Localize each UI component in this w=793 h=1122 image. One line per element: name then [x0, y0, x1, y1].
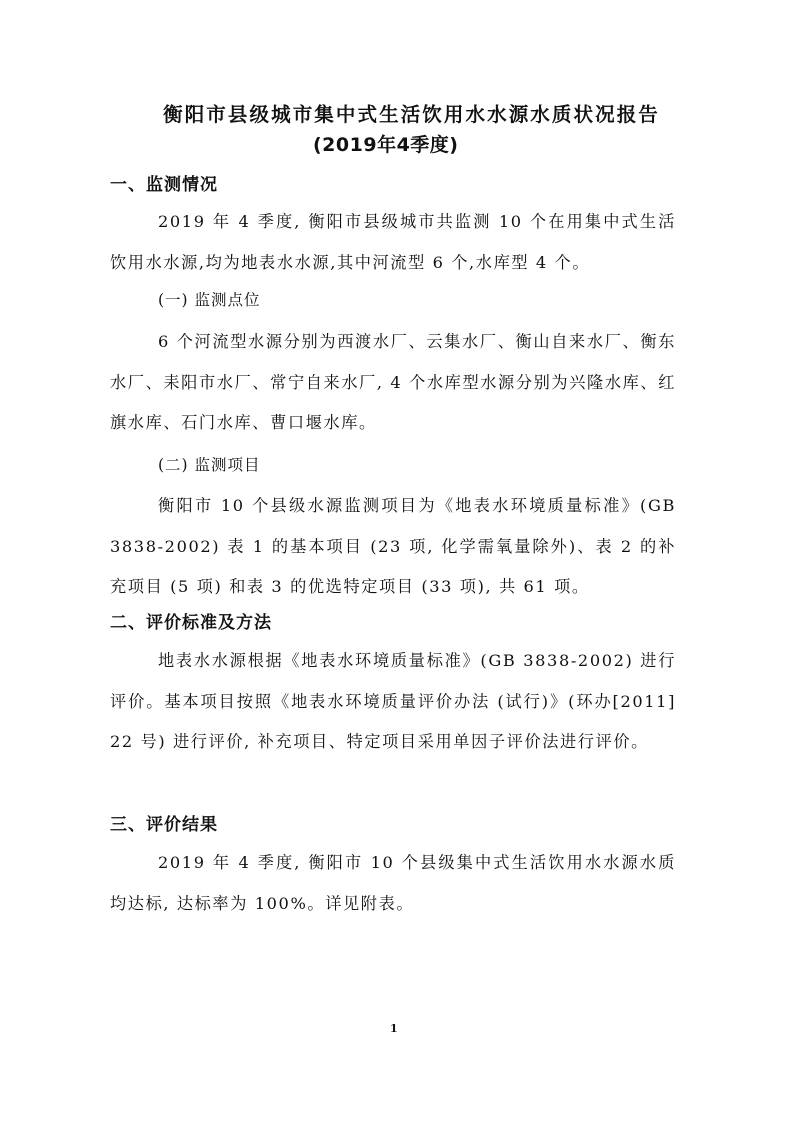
section-heading-monitoring: 一、监测情况 [110, 172, 218, 198]
subsection-heading-monitoring-sites: (一) 监测点位 [158, 287, 261, 313]
section-evaluation-results-text: 2019 年 4 季度, 衡阳市 10 个县级集中式生活饮用水水源水质均达标, … [110, 843, 676, 924]
section-heading-evaluation-standard: 二、评价标准及方法 [110, 610, 272, 636]
page-number: 1 [390, 1022, 398, 1035]
subsection-monitoring-sites-text: 6 个河流型水源分别为西渡水厂、云集水厂、衡山自来水厂、衡东水厂、耒阳市水厂、常… [110, 322, 676, 444]
section-evaluation-standard-text: 地表水水源根据《地表水环境质量标准》(GB 3838-2002) 进行评价。基本… [110, 641, 676, 763]
report-subtitle-period: (2019年4季度) [313, 130, 458, 160]
section-heading-evaluation-results: 三、评价结果 [110, 812, 218, 838]
section-monitoring-intro: 2019 年 4 季度, 衡阳市县级城市共监测 10 个在用集中式生活饮用水水源… [110, 202, 676, 283]
document-page: 衡阳市县级城市集中式生活饮用水水源水质状况报告 (2019年4季度) 一、监测情… [0, 0, 793, 1122]
report-title: 衡阳市县级城市集中式生活饮用水水源水质状况报告 [0, 100, 793, 130]
subsection-monitoring-items-text: 衡阳市 10 个县级水源监测项目为《地表水环境质量标准》(GB 3838-200… [110, 486, 676, 608]
subsection-heading-monitoring-items: (二) 监测项目 [158, 452, 261, 478]
